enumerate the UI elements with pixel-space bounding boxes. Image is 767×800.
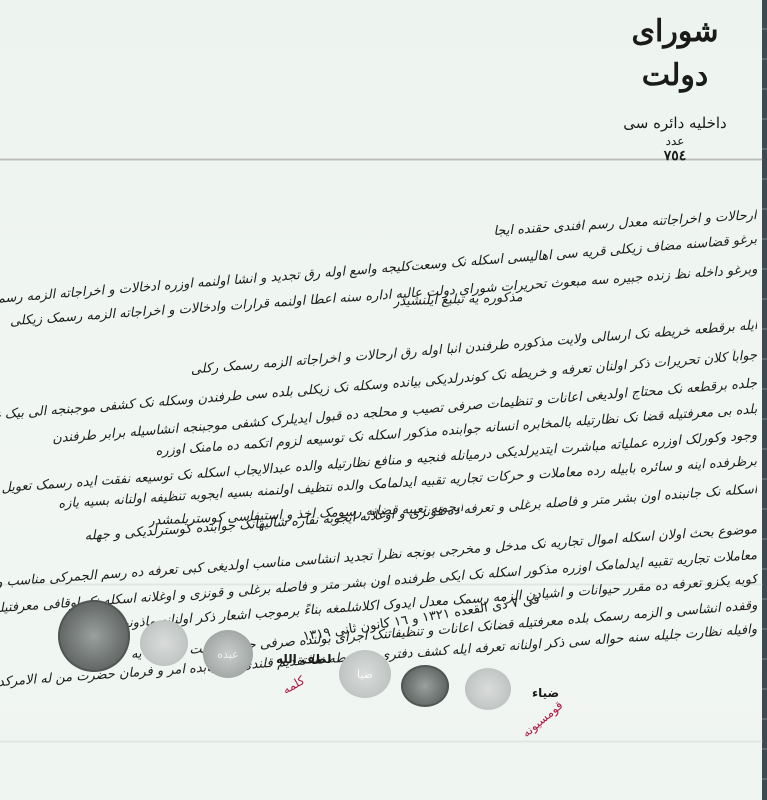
seal-5	[401, 665, 449, 707]
seal-2	[140, 620, 188, 666]
seal-4: ضیا	[339, 650, 391, 698]
handwritten-line: مذکوره یه تبلیغ ایلنشیدر	[393, 290, 523, 310]
seal-6	[465, 668, 511, 710]
seal-1	[58, 600, 130, 672]
seal-4-text: ضیا	[357, 668, 373, 681]
seal-3-text: عبده	[217, 648, 238, 661]
seal-3: عبده	[203, 630, 253, 678]
signature-lutfullah: لطف الله	[276, 652, 331, 666]
